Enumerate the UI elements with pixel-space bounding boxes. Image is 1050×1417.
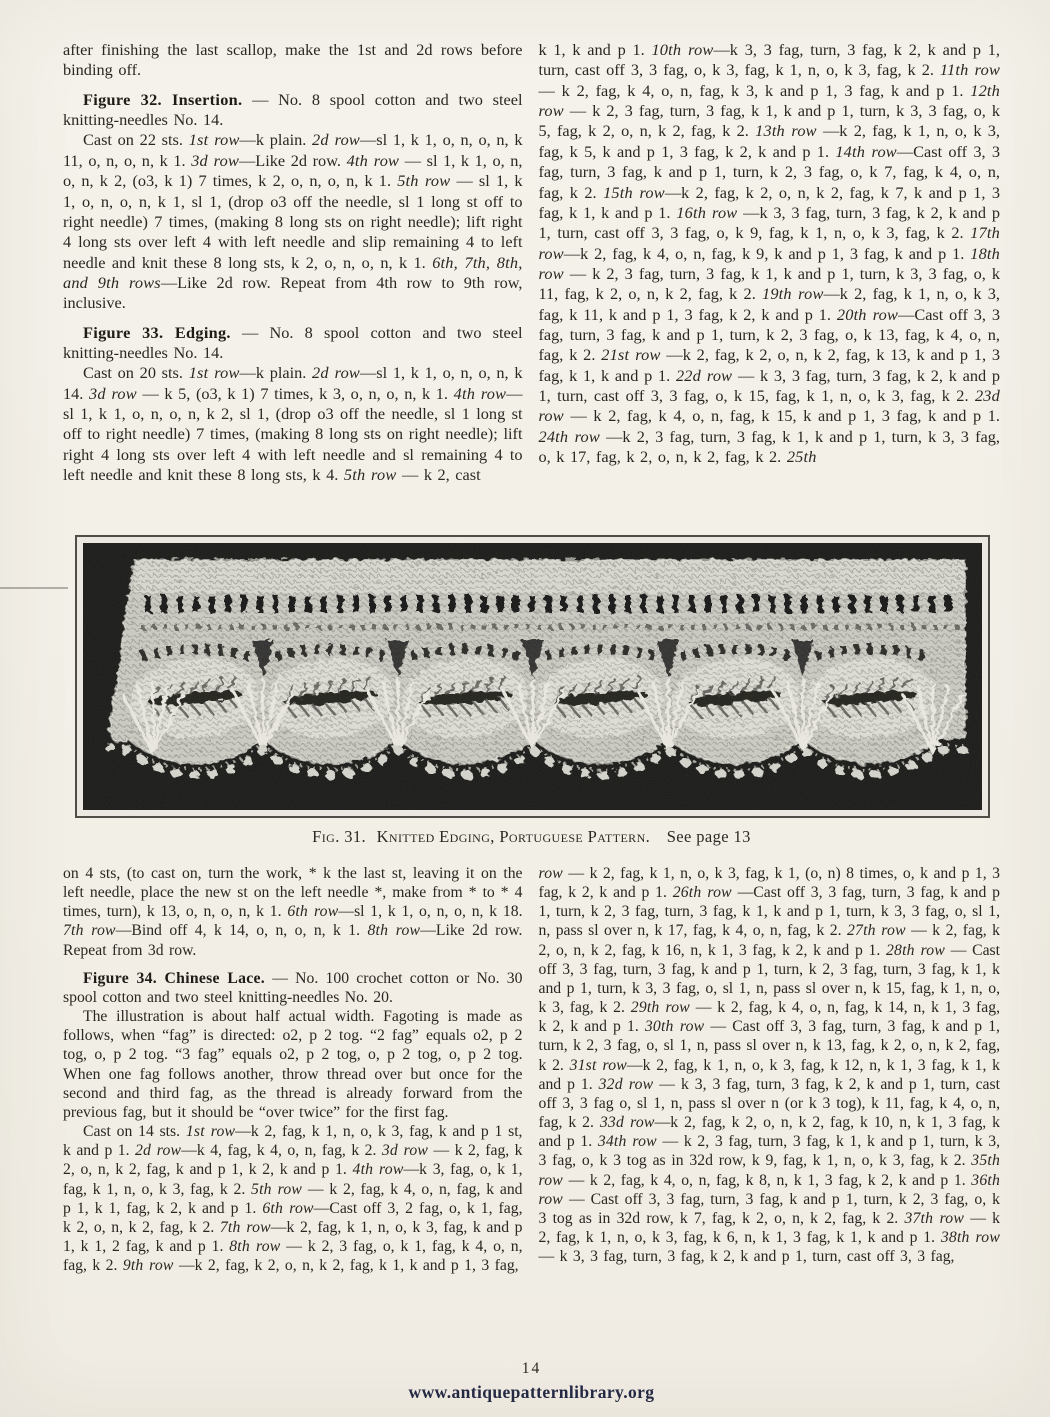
paragraph: The illustration is about half actual wi… <box>63 1007 523 1122</box>
paragraph: Figure 34. Chinese Lace. — No. 100 croch… <box>63 969 523 1007</box>
paragraph: row — k 2, fag, k 1, n, o, k 3, fag, k 1… <box>539 864 1001 1266</box>
figure-caption-label: Fig. 31. <box>312 827 366 846</box>
paragraph: Figure 32. Insertion. — No. 8 spool cott… <box>63 90 523 131</box>
figure-caption-title: Knitted Edging, Portuguese Pattern. <box>377 827 651 846</box>
paragraph: k 1, k and p 1. 10th row—k 3, 3 fag, tur… <box>539 40 1001 468</box>
paragraph: Cast on 20 sts. 1st row—k plain. 2d row—… <box>63 363 523 485</box>
column-top-left: after finishing the last scallop, make t… <box>63 40 523 535</box>
book-page: after finishing the last scallop, make t… <box>0 0 1050 1417</box>
paragraph: Cast on 14 sts. 1st row—k 2, fag, k 1, n… <box>63 1122 523 1275</box>
bottom-text-section: on 4 sts, (to cast on, turn the work, * … <box>63 864 1000 1369</box>
page-number: 14 <box>63 1360 1000 1378</box>
paragraph: on 4 sts, (to cast on, turn the work, * … <box>63 864 523 960</box>
figure-caption: Fig. 31. Knitted Edging, Portuguese Patt… <box>63 827 1000 847</box>
scan-artifact <box>0 587 68 589</box>
paragraph: after finishing the last scallop, make t… <box>63 40 523 81</box>
page-footer: 14 www.antiquepatternlibrary.org <box>63 1360 1000 1403</box>
column-bottom-left: on 4 sts, (to cast on, turn the work, * … <box>63 864 523 1369</box>
paragraph: Cast on 22 sts. 1st row—k plain. 2d row—… <box>63 130 523 313</box>
column-top-right: k 1, k and p 1. 10th row—k 3, 3 fag, tur… <box>539 40 1001 535</box>
column-bottom-right: row — k 2, fag, k 1, n, o, k 3, fag, k 1… <box>539 864 1001 1369</box>
figure-caption-see: See page 13 <box>667 827 751 846</box>
paragraph: Figure 33. Edging. — No. 8 spool cotton … <box>63 323 523 364</box>
top-text-section: after finishing the last scallop, make t… <box>63 40 1000 535</box>
figure-31-photo <box>75 535 990 818</box>
knitted-lace-photo-svg <box>83 543 982 810</box>
footer-site-link[interactable]: www.antiquepatternlibrary.org <box>409 1382 655 1403</box>
